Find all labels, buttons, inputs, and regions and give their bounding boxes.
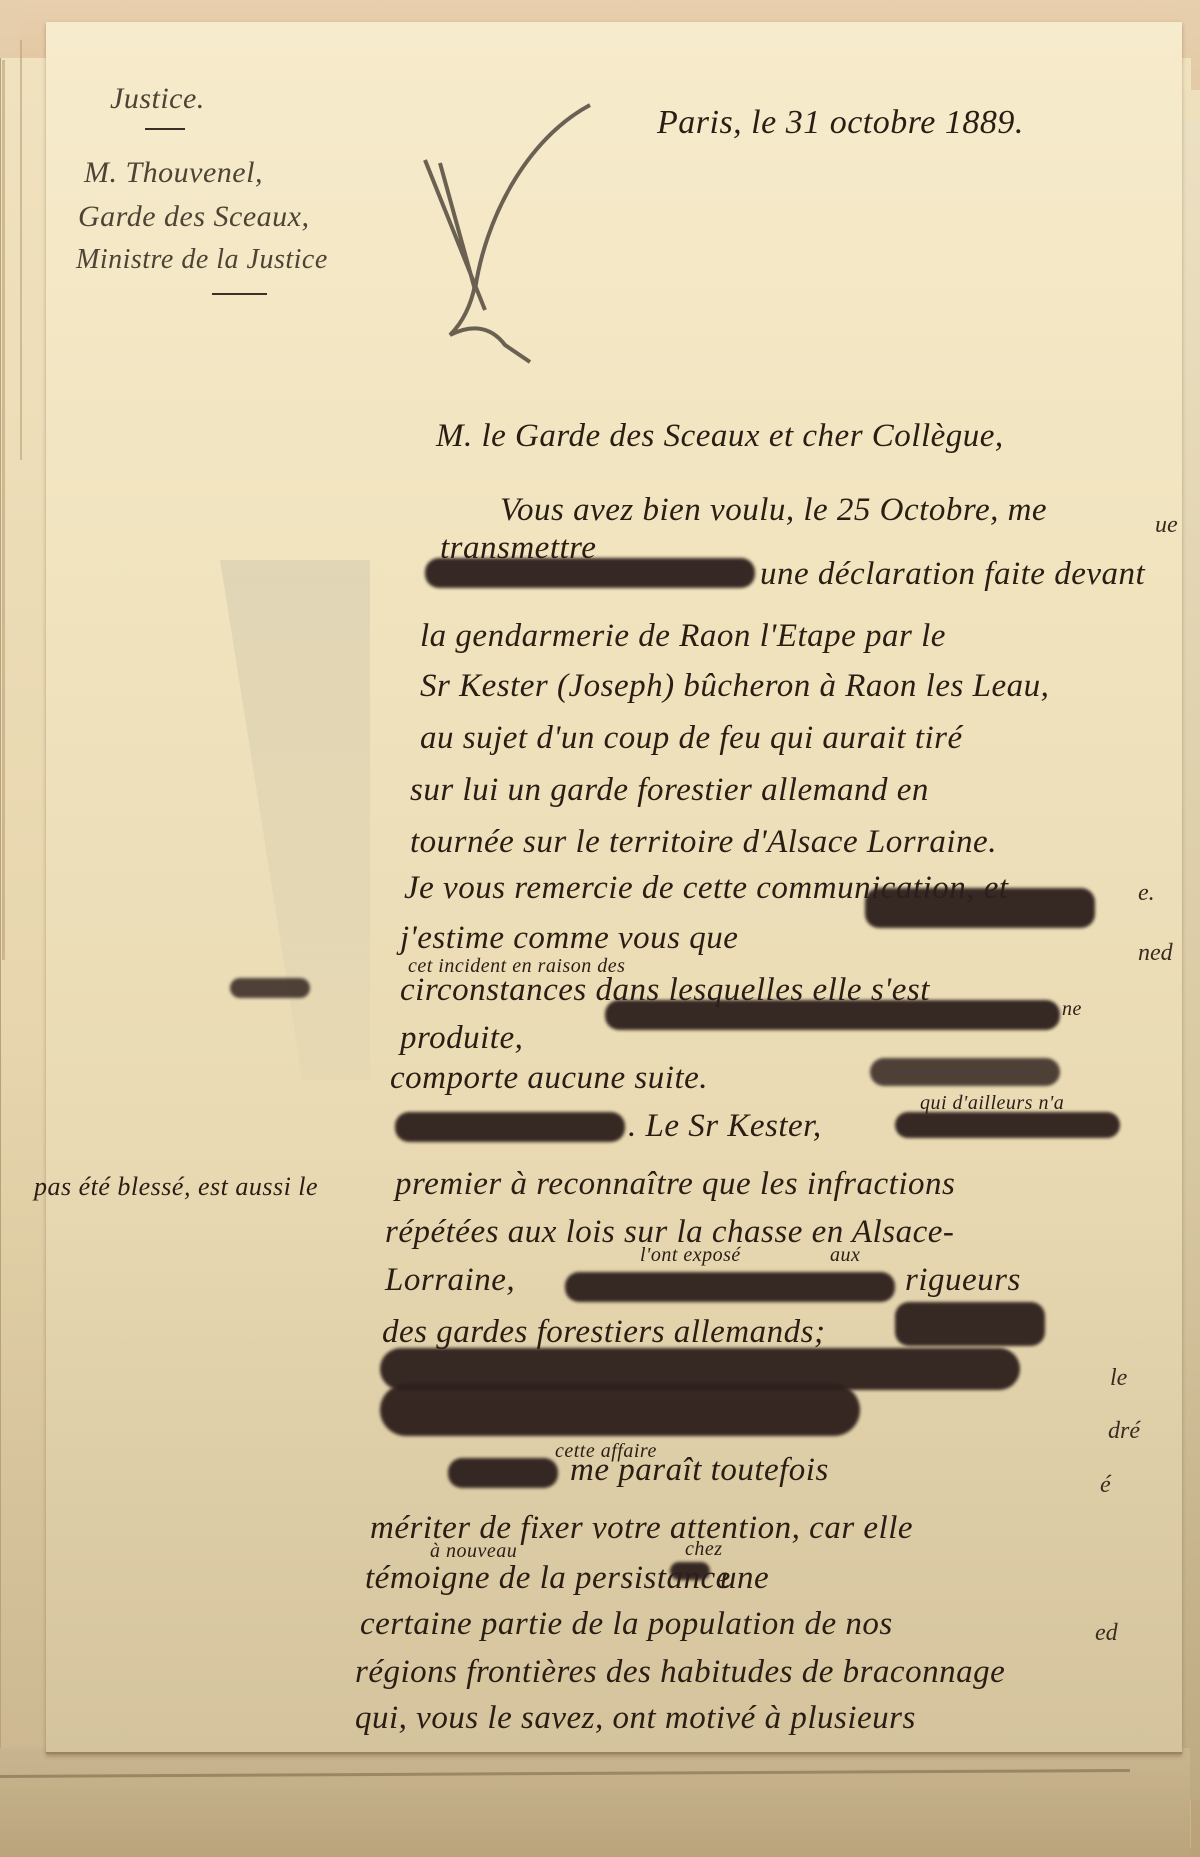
edge-fragment: e. [1138, 880, 1155, 907]
insertion-ne: ne [1062, 998, 1082, 1021]
body-line-14: . Le Sr Kester, [628, 1108, 822, 1145]
bottom-sheet-stack [0, 1748, 1190, 1857]
insertion-chez: chez [685, 1538, 723, 1561]
redaction-bar [565, 1272, 895, 1302]
body-line-17: Lorraine, [385, 1262, 515, 1299]
redaction-block [380, 1384, 860, 1436]
edge-fragment: ue [1155, 512, 1178, 539]
heading-recipient-name: M. Thouvenel, [84, 156, 263, 190]
edge-fragment: dré [1108, 1418, 1140, 1445]
body-line-6: au sujet d'un coup de feu qui aurait tir… [420, 720, 963, 757]
redaction-bar [605, 1000, 1060, 1030]
redaction-dot [670, 1562, 710, 1580]
heading-recipient-ministry: Ministre de la Justice [76, 244, 328, 276]
redaction-bar [870, 1058, 1060, 1086]
body-line-5: Sr Kester (Joseph) bûcheron à Raon les L… [420, 668, 1049, 705]
salutation: M. le Garde des Sceaux et cher Collègue, [436, 418, 1004, 455]
body-line-17b: rigueurs [905, 1262, 1021, 1299]
redaction-bar [448, 1458, 558, 1488]
body-line-8: tournée sur le territoire d'Alsace Lorra… [410, 824, 997, 861]
body-line-23: régions frontières des habitudes de brac… [355, 1654, 1005, 1691]
redaction-bar [895, 1302, 1045, 1346]
edge-fragment: ned [1138, 940, 1173, 967]
edge-fragment: é [1100, 1472, 1111, 1499]
redaction-bar [865, 888, 1095, 928]
bleed-through-text [380, 255, 1160, 325]
body-line-18: des gardes forestiers allemands; [382, 1314, 825, 1351]
left-margin-insertion: pas été blessé, est aussi le [34, 1172, 318, 1202]
heading-recipient-title: Garde des Sceaux, [78, 200, 309, 234]
heading-justice: Justice. [110, 82, 205, 116]
margin-redaction [230, 978, 310, 998]
left-sheet-edge-inner [20, 40, 22, 460]
edge-fragment: ed [1095, 1620, 1118, 1647]
body-line-12: produite, [400, 1020, 523, 1057]
left-sheet-edge [2, 60, 5, 960]
body-line-21b: une [720, 1560, 769, 1597]
date-line: Paris, le 31 octobre 1889. [657, 104, 1024, 142]
body-line-15: premier à reconnaître que les infraction… [395, 1166, 955, 1203]
body-line-3: une déclaration faite devant [760, 556, 1145, 593]
body-line-13: comporte aucune suite. [390, 1060, 708, 1097]
body-line-22: certaine partie de la population de nos [360, 1606, 893, 1643]
redaction-bar [425, 558, 755, 588]
redaction-bar [395, 1112, 625, 1142]
body-line-10: j'estime comme vous que [400, 920, 738, 957]
body-line-19: me paraît toutefois [570, 1452, 829, 1489]
heading-closing-rule [212, 293, 267, 295]
insertion-lont-expose: l'ont exposé [640, 1244, 741, 1267]
redaction-bar [895, 1112, 1120, 1138]
edge-fragment: le [1110, 1365, 1127, 1392]
pencil-paraph-icon [415, 100, 605, 370]
body-line-4: la gendarmerie de Raon l'Etape par le [420, 618, 946, 655]
insertion-aux: aux [830, 1244, 860, 1267]
heading-rule [145, 128, 185, 130]
body-line-24: qui, vous le savez, ont motivé à plusieu… [355, 1700, 916, 1737]
body-line-1: Vous avez bien voulu, le 25 Octobre, me [500, 492, 1047, 529]
body-line-7: sur lui un garde forestier allemand en [410, 772, 929, 809]
